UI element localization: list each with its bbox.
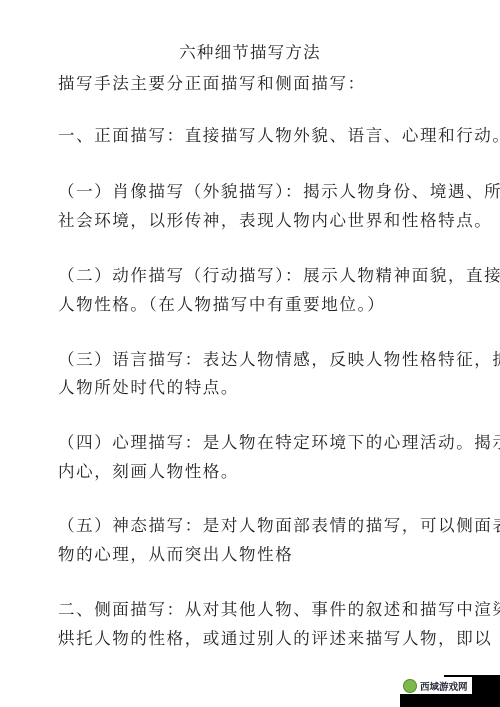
- document-title: 六种细节描写方法: [0, 43, 500, 63]
- portrait-description-line-1: （一）肖像描写（外貌描写）：揭示人物身份、境遇、所处的: [58, 182, 500, 202]
- section-two-line-2: 烘托人物的性格，或通过别人的评述来描写人物，即以: [58, 629, 492, 649]
- portrait-description-line-2: 社会环境，以形传神，表现人物内心世界和性格特点。: [58, 211, 492, 231]
- expression-description-line-1: （五）神态描写：是对人物面部表情的描写，可以侧面表现人: [58, 516, 500, 536]
- watermark: 西域游戏网: [400, 677, 472, 694]
- expression-description-line-2: 物的心理，从而突出人物性格: [58, 545, 293, 565]
- section-two-line-1: 二、侧面描写：从对其他人物、事件的叙述和描写中渲染气氛、: [58, 600, 500, 620]
- section-one-heading: 一、正面描写：直接描写人物外貌、语言、心理和行动。: [58, 126, 500, 146]
- action-description-line-2: 人物性格。（在人物描写中有重要地位。）: [58, 295, 385, 315]
- psychology-description-line-1: （四）心理描写：是人物在特定环境下的心理活动。揭示人物: [58, 433, 500, 453]
- intro-line: 描写手法主要分正面描写和侧面描写：: [58, 74, 366, 94]
- psychology-description-line-2: 内心，刻画人物性格。: [58, 462, 239, 482]
- green-globe-logo-icon: [403, 679, 417, 693]
- action-description-line-1: （二）动作描写（行动描写）：展示人物精神面貌，直接体现: [58, 266, 500, 286]
- language-description-line-2: 人物所处时代的特点。: [58, 378, 239, 398]
- watermark-background-bottom: [400, 694, 500, 707]
- language-description-line-1: （三）语言描写：表达人物情感，反映人物性格特征，折射出: [58, 350, 500, 370]
- watermark-text: 西域游戏网: [420, 679, 468, 693]
